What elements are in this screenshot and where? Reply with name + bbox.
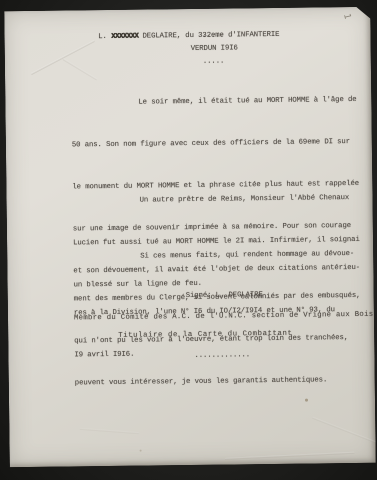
- paper-speck: [140, 450, 142, 452]
- combatant-card-line: Titulaire de la Carte du Combattant: [118, 327, 292, 343]
- body-line: Un autre prêtre de Reims, Monsieur l'Abb…: [72, 191, 359, 209]
- body-line: peuvent vous intéresser, je vous les gar…: [75, 373, 362, 391]
- document-header: L. XXXXXXX DEGLAIRE, du 332eme d'INFANTE…: [72, 14, 279, 59]
- header-prefix: L.: [98, 33, 111, 41]
- paper-crease: [79, 428, 139, 434]
- signature-line: Signé: L. DEGLAIRE: [186, 288, 263, 303]
- paper-crease: [312, 417, 377, 450]
- photo-background: 1 L. XXXXXXX DEGLAIRE, du 332eme d'INFAN…: [0, 0, 377, 480]
- paper-crease: [225, 452, 355, 460]
- document-page: 1 L. XXXXXXX DEGLAIRE, du 332eme d'INFAN…: [4, 7, 376, 467]
- body-line: Le soir même, il était tué au MORT HOMME…: [71, 93, 358, 111]
- closing-dots: .............: [194, 348, 250, 363]
- page-corner-mark: 1: [341, 13, 352, 22]
- body-line: 50 ans. Son nom figure avec ceux des off…: [72, 135, 359, 153]
- body-line: Si ces menus faits, qui rendent hommage …: [73, 247, 360, 265]
- struck-out-text: XXXXXXX: [111, 33, 138, 41]
